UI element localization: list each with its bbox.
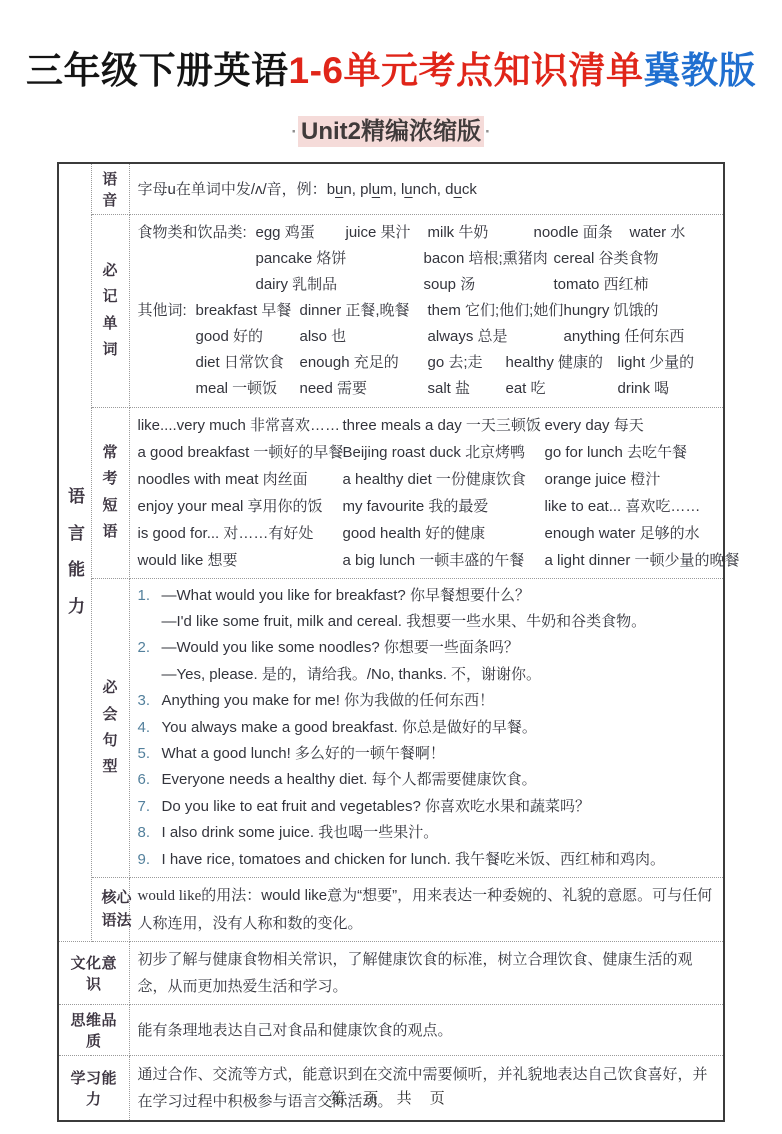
phrase-item: go for lunch 去吃午餐 <box>545 439 740 466</box>
sentence-line: 4.You always make a good breakfast. 你总是做… <box>138 715 716 741</box>
word-line: meal 一顿饭need 需要salt 盐eat 吃drink 喝 <box>196 376 716 402</box>
sentence-number: 3. <box>138 688 162 714</box>
phrases-content-cell: like....very much 非常喜欢……three meals a da… <box>129 407 724 578</box>
thinking-text: 能有条理地表达自己对食品和健康饮食的观点。 <box>138 1017 716 1044</box>
sentence-line: —Yes, please. 是的，请给我。/No, thanks. 不，谢谢你。 <box>138 662 716 688</box>
sentence-text: Do you like to eat fruit and vegetables?… <box>162 794 716 820</box>
phrase-item: three meals a day 一天三顿饭 <box>343 412 545 439</box>
word-line: 其他词:breakfast 早餐dinner 正餐,晚餐them 它们;他们;她… <box>138 298 716 324</box>
sentence-number: 1. <box>138 583 162 609</box>
row-label-thinking: 思维品质 <box>58 1005 129 1056</box>
sentence-number: 8. <box>138 820 162 846</box>
phrase-item: enough water 足够的水 <box>545 520 740 547</box>
sentence-text: Everyone needs a healthy diet. 每个人都需要健康饮… <box>162 767 716 793</box>
category-cell-language-ability: 语言能力 <box>58 163 91 942</box>
grammar-content-cell: would like的用法：would like意为“想要”，用来表达一种委婉的… <box>129 878 724 942</box>
title-segment-red: 1-6单元考点知识清单 <box>289 50 644 91</box>
knowledge-table: 语言能力 语音 字母u在单词中发/ʌ/音，例：bun, plum, lunch,… <box>57 162 725 1122</box>
phrase-item: is good for... 对……有好处 <box>138 520 343 547</box>
sentence-text: What a good lunch! 多么好的一顿午餐啊！ <box>162 741 716 767</box>
row-label-words: 必记单词 <box>91 214 129 407</box>
phonics-content-cell: 字母u在单词中发/ʌ/音，例：bun, plum, lunch, duck <box>129 163 724 215</box>
phrase-item: Beijing roast duck 北京烤鸭 <box>343 439 545 466</box>
phonics-example-word: plum, <box>360 181 401 198</box>
phonics-text: 字母u在单词中发/ʌ/音，例：bun, plum, lunch, duck <box>138 178 716 199</box>
sentence-number: 9. <box>138 847 162 873</box>
phrase-item: my favourite 我的最爱 <box>343 493 545 520</box>
row-label-culture: 文化意识 <box>58 942 129 1005</box>
sentence-text: Anything you make for me! 你为我做的任何东西！ <box>162 688 716 714</box>
sentence-text: —I'd like some fruit, milk and cereal. 我… <box>162 609 716 635</box>
page-title: 三年级下册英语1-6单元考点知识清单冀教版 <box>0 0 782 93</box>
subtitle-text: Unit2精编浓缩版 <box>298 116 484 147</box>
phrase-item: enjoy your meal 享用你的饭 <box>138 493 343 520</box>
sentence-line: 7.Do you like to eat fruit and vegetable… <box>138 794 716 820</box>
sentence-number <box>138 662 162 688</box>
word-line: dairy 乳制品soup 汤tomato 西红柿 <box>256 272 716 298</box>
sentence-number: 2. <box>138 635 162 661</box>
phrase-item: a light dinner 一顿少量的晚餐 <box>545 547 740 574</box>
words-content-cell: 食物类和饮品类:egg 鸡蛋juice 果汁milk 牛奶noodle 面条wa… <box>129 214 724 407</box>
sentence-line: 5.What a good lunch! 多么好的一顿午餐啊！ <box>138 741 716 767</box>
phonics-example-word: duck <box>445 181 477 198</box>
phrase-grid: like....very much 非常喜欢……three meals a da… <box>138 412 716 574</box>
sentence-text: I have rice, tomatoes and chicken for lu… <box>162 847 716 873</box>
phonics-example-word: lunch, <box>401 181 445 198</box>
sentence-text: You always make a good breakfast. 你总是做好的… <box>162 715 716 741</box>
phrase-item: a big lunch 一顿丰盛的午餐 <box>343 547 545 574</box>
thinking-content-cell: 能有条理地表达自己对食品和健康饮食的观点。 <box>129 1005 724 1056</box>
phrase-item: orange juice 橙汁 <box>545 466 740 493</box>
phonics-example-word: bun, <box>327 181 360 198</box>
phrase-item: every day 每天 <box>545 412 740 439</box>
worksheet-page: 三年级下册英语1-6单元考点知识清单冀教版 ·Unit2精编浓缩版· 语言能力 … <box>0 0 782 1134</box>
culture-content-cell: 初步了解与健康食物相关常识，了解健康饮食的标准，树立合理饮食、健康生活的观念，从… <box>129 942 724 1005</box>
unit-subtitle: ·Unit2精编浓缩版· <box>0 111 782 146</box>
sentence-text: —Would you like some noodles? 你想要一些面条吗？ <box>162 635 716 661</box>
sentence-line: —I'd like some fruit, milk and cereal. 我… <box>138 609 716 635</box>
phrase-item: would like 想要 <box>138 547 343 574</box>
phrase-item: like....very much 非常喜欢…… <box>138 412 343 439</box>
sentence-line: 2.—Would you like some noodles? 你想要一些面条吗… <box>138 635 716 661</box>
sentence-line: 8.I also drink some juice. 我也喝一些果汁。 <box>138 820 716 846</box>
sentence-number: 7. <box>138 794 162 820</box>
word-line: 食物类和饮品类:egg 鸡蛋juice 果汁milk 牛奶noodle 面条wa… <box>138 220 716 246</box>
row-label-grammar: 核心语法 <box>91 878 129 942</box>
sentences-content-cell: 1.—What would you like for breakfast? 你早… <box>129 578 724 877</box>
sentence-text: I also drink some juice. 我也喝一些果汁。 <box>162 820 716 846</box>
word-line: good 好的also 也always 总是anything 任何东西 <box>196 324 716 350</box>
sentence-line: 9.I have rice, tomatoes and chicken for … <box>138 847 716 873</box>
phrase-item: a good breakfast 一顿好的早餐 <box>138 439 343 466</box>
sentence-text: —What would you like for breakfast? 你早餐想… <box>162 583 716 609</box>
word-line: pancake 烙饼bacon 培根;熏猪肉cereal 谷类食物 <box>256 246 716 272</box>
sentence-number: 4. <box>138 715 162 741</box>
sentence-number <box>138 609 162 635</box>
sentence-line: 6.Everyone needs a healthy diet. 每个人都需要健… <box>138 767 716 793</box>
sentence-text: —Yes, please. 是的，请给我。/No, thanks. 不，谢谢你。 <box>162 662 716 688</box>
culture-text: 初步了解与健康食物相关常识，了解健康饮食的标准，树立合理饮食、健康生活的观念，从… <box>138 946 716 1000</box>
sentence-number: 5. <box>138 741 162 767</box>
phrase-item: noodles with meat 肉丝面 <box>138 466 343 493</box>
title-segment-blue: 冀教版 <box>643 50 756 91</box>
sentence-list: 1.—What would you like for breakfast? 你早… <box>138 583 716 873</box>
phrase-item: like to eat... 喜欢吃…… <box>545 493 740 520</box>
word-line: diet 日常饮食enough 充足的go 去;走healthy 健康的ligh… <box>196 350 716 376</box>
sentence-line: 3.Anything you make for me! 你为我做的任何东西！ <box>138 688 716 714</box>
row-label-sentences: 必会句型 <box>91 578 129 877</box>
subtitle-right-dot: · <box>484 122 492 141</box>
grammar-text: would like的用法：would like意为“想要”，用来表达一种委婉的… <box>138 882 716 937</box>
page-footer: 第 页 共 页 <box>0 1087 782 1108</box>
subtitle-left-dot: · <box>290 122 298 141</box>
phonics-examples: bun, plum, lunch, duck <box>327 181 477 198</box>
category-label: 语言能力 <box>67 479 86 625</box>
sentence-line: 1.—What would you like for breakfast? 你早… <box>138 583 716 609</box>
phrase-item: a healthy diet 一份健康饮食 <box>343 466 545 493</box>
row-label-phrases: 常考短语 <box>91 407 129 578</box>
phrase-item: good health 好的健康 <box>343 520 545 547</box>
sentence-number: 6. <box>138 767 162 793</box>
title-segment-black: 三年级下册英语 <box>26 50 289 91</box>
row-label-phonics: 语音 <box>91 163 129 215</box>
